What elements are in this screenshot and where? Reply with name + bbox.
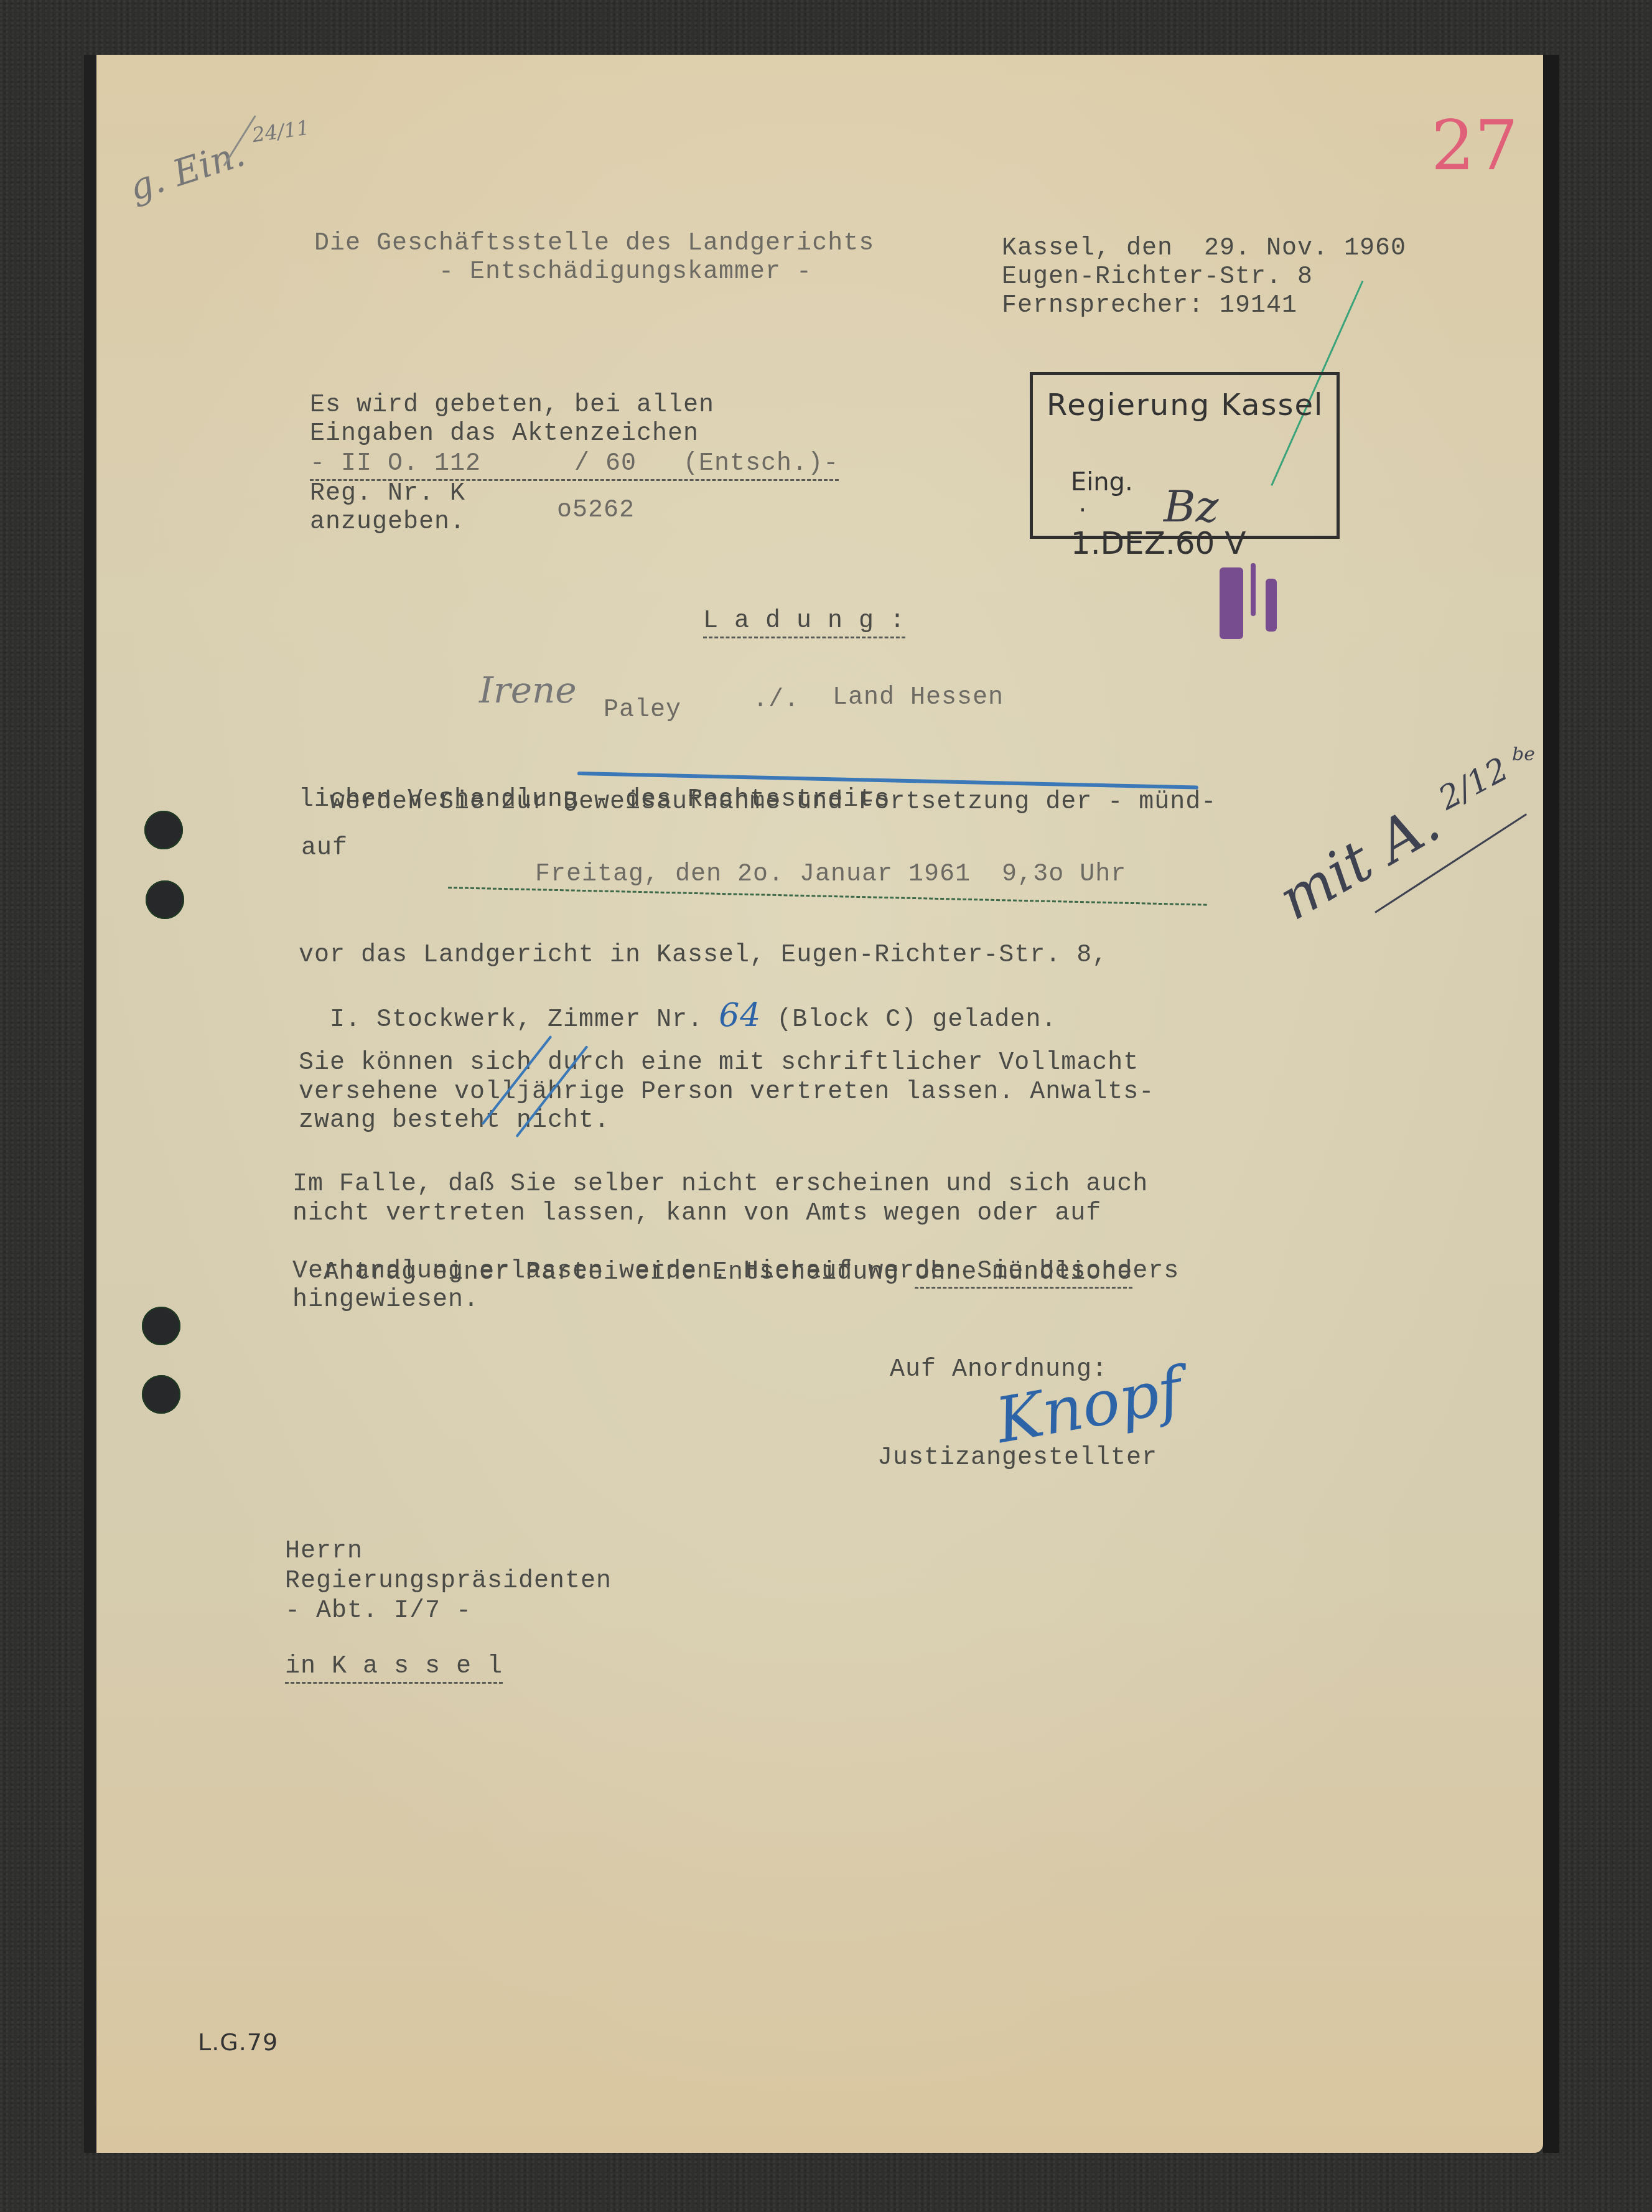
default-notice-line-1: Im Falle, daß Sie selber nicht erscheine… [292,1170,1148,1200]
reg-number-label: Reg. Nr. K [310,479,465,509]
reg-number-value: o5262 [557,496,635,526]
representation-line-2: versehene volljährige Person vertreten l… [299,1078,1154,1108]
stamp-authority: Regierung Kassel [1047,388,1323,422]
place-date: Kassel, den 29. Nov. 1960 [1002,234,1406,264]
violet-department-mark [1220,567,1243,639]
punch-hole [146,880,184,919]
stamp-date: 1.DEZ.60 V [1071,525,1246,561]
punch-hole [142,1307,180,1345]
office-address: Eugen-Richter-Str. 8 [1002,263,1313,292]
room-suffix: (Block C) geladen. [777,1006,1057,1034]
violet-department-mark [1251,563,1256,616]
punch-hole [142,1375,180,1414]
court-location-line-1: vor das Landgericht in Kassel, Eugen-Ric… [299,941,1108,971]
reference-instruction-2: Eingaben das Aktenzeichen [310,419,699,449]
document-title: L a d u n g : [703,607,905,638]
stamp-initials: Bz [1164,481,1218,532]
versus-sign: ./. [753,686,800,716]
defendant-name: Land Hessen [833,683,1004,713]
default-notice-line-4: Verhandlung erlassen werden. Hierauf wer… [292,1257,1179,1287]
violet-department-mark [1266,579,1277,632]
representation-line-3: zwang besteht nicht. [299,1106,610,1136]
punch-hole [144,811,183,849]
recipient-city: in K a s s e l [285,1652,503,1684]
receipt-stamp: Regierung Kassel Eing. · 1.DEZ.60 V Bz [1030,372,1340,539]
reference-instruction-1: Es wird gebeten, bei allen [310,391,714,421]
summons-text: - münd- [1092,788,1216,816]
office-department: - Entschädigungskammer - [439,258,812,287]
signatory-role: Justizangestellter [877,1444,1157,1473]
auf-label: auf [301,834,348,864]
folio-number: 27 [1431,106,1518,185]
plaintiff-name: Paley [604,696,681,726]
plaintiff-first-name: Irene [479,669,577,711]
representation-line-1: Sie können sich durch eine mit schriftli… [299,1048,1139,1078]
recipient-title: Regierungspräsidenten [285,1567,612,1597]
room-number: 64 [719,997,761,1034]
recipient-department: - Abt. I/7 - [285,1597,472,1626]
summons-line-2: lichen Verhandlung - des Rechtsstreits [299,785,890,815]
margin-note-initials: be [1512,744,1535,765]
recipient-salutation: Herrn [285,1537,363,1567]
binder-edge-right [1543,55,1559,2153]
office-phone: Fernsprecher: 19141 [1002,291,1297,321]
court-location-line-2: I. Stockwerk, Zimmer Nr. 64 (Block C) ge… [299,971,1057,1035]
stamp-label: Eing. [1071,468,1133,497]
case-file-number: - II O. 112 / 60 (Entsch.)- [310,449,839,481]
room-label: I. Stockwerk, Zimmer Nr. [330,1006,719,1034]
default-notice-line-2: nicht vertreten lassen, kann von Amts we… [292,1199,1101,1229]
hearing-date: Freitag, den 2o. Januar 1961 9,3o Uhr [535,860,1126,890]
reference-instruction-3: anzugeben. [310,508,465,538]
default-notice-line-5: hingewiesen. [292,1286,479,1315]
form-code: L.G.79 [198,2027,278,2057]
office-name: Die Geschäftsstelle des Landgerichts [314,229,874,259]
